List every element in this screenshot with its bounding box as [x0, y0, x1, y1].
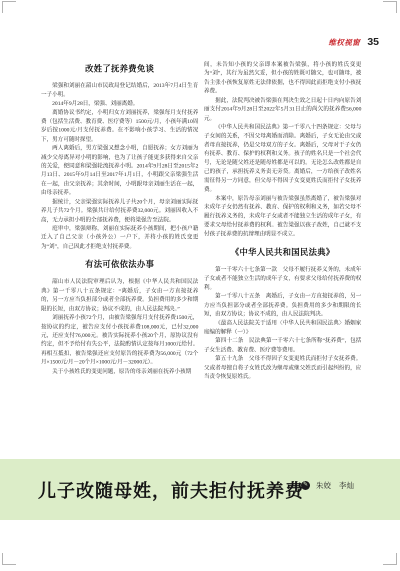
paragraph: 离婚协议书约定，小明归女方刘丽抚养，梁强每月支付抚养费（包括生活费、教育费、医疗… [41, 108, 198, 144]
page-corner-mark-top-left [2, 1, 16, 13]
page-corner-mark-top-right [383, 1, 397, 13]
paragraph: 刘丽抚养小孩72个月，由被告梁强每月支付抚养费1500元，按协议的约定，被告应支… [41, 313, 198, 367]
paragraph: 第四十二条 民法典第一千零六十七条所称“抚养费”，包括子女生活费、教育费、医疗费… [204, 336, 361, 354]
section-heading-statute: 《中华人民共和国民法典》 [204, 246, 361, 259]
paragraph: 庭审中，梁强辩称，刘丽在实际抚养小孩期间，把小孩户籍迁入了自己父亲（小孩外公）一… [41, 224, 198, 251]
article-headline: 儿子改随母姓，前夫拒付抚养费 [38, 477, 304, 503]
running-head: 维权视窗 35 [328, 36, 379, 48]
paragraph: 2014年9月28日，梁强、刘丽离婚。 [41, 99, 198, 108]
paragraph: 第一千零六十七条第一款 父母不履行抚养义务的，未成年子女或者不能独立生活的成年子… [204, 265, 361, 292]
paragraph: 两人离婚后，男方梁强又想念小明，自愿抚养；女方刘丽为减少父母离异对小明的影响，也… [41, 144, 198, 198]
section-heading-1: 改姓了抚养费免谈 [41, 62, 198, 75]
page-corner-mark-bottom-right [383, 553, 397, 565]
paragraph: 本案中，原告母亲刘丽与被告梁强虽然离婚了，被告梁强对未成年子女仍然有抚养、教育、… [204, 194, 361, 239]
paragraph: 据此，法院判决被告梁强在判决生效之日起十日内向原告刘丽支付2014年9月28日至… [204, 96, 361, 123]
paragraph: 关于小孩姓氏的变更问题，原告的母亲刘丽在抚养小孩期 [41, 367, 198, 376]
paragraph: 第一千零八十五条 离婚后，子女由一方直接抚养的，另一方应当负担部分或者全部抚养费… [204, 292, 361, 319]
byline: ✎ 朱姣 李灿 [301, 480, 354, 491]
section-heading-2: 有法可依依法办事 [41, 258, 198, 271]
article-right-column: 间，未告知小孩的父亲即本案被告梁强，将小孩的姓氏变更为“刘”，其行为虽然欠妥，但… [204, 60, 361, 381]
magazine-page: 维权视窗 35 改姓了抚养费免谈 梁强和刘丽在韶山市民政局登记结婚后，2013年… [0, 0, 400, 571]
paragraph: 梁强和刘丽在韶山市民政局登记结婚后，2013年7月4日生育一子小明。 [41, 81, 198, 99]
headline-banner: 儿子改随母姓，前夫拒付抚养费 ✎ 朱姣 李灿 [0, 459, 400, 520]
author-name: 李灿 [339, 480, 354, 491]
page-corner-mark-bottom-left [2, 553, 16, 565]
paragraph: 韶山市人民法院审理后认为，根据《中华人民共和国民法典》第一千零八十五条规定：“离… [41, 277, 198, 313]
page-number: 35 [367, 36, 379, 48]
paragraph: 《中华人民共和国民法典》第一千零八十四条规定：父母与子女间的关系，不因父母离婚而… [204, 122, 361, 193]
pen-icon: ✎ [301, 481, 310, 490]
paragraph: 第五十九条 父母不得因子女变更姓氏而拒付子女抚养费。父或者母擅自将子女姓氏改为继… [204, 354, 361, 381]
column-label: 维权视窗 [328, 37, 360, 48]
paragraph: 《最高人民法院关于适用〈中华人民共和国民法典〉婚姻家庭编的解释（一）》 [204, 319, 361, 337]
article-left-column: 改姓了抚养费免谈 梁强和刘丽在韶山市民政局登记结婚后，2013年7月4日生育一子… [41, 62, 198, 375]
paragraph: 据统计，父亲梁强实际抚养儿子共20个月，母亲刘丽实际抚养儿子共72个月。梁强共计… [41, 197, 198, 224]
author-name: 朱姣 [316, 480, 331, 491]
paragraph: 间，未告知小孩的父亲即本案被告梁强，将小孩的姓氏变更为“刘”，其行为虽然欠妥，但… [204, 60, 361, 96]
